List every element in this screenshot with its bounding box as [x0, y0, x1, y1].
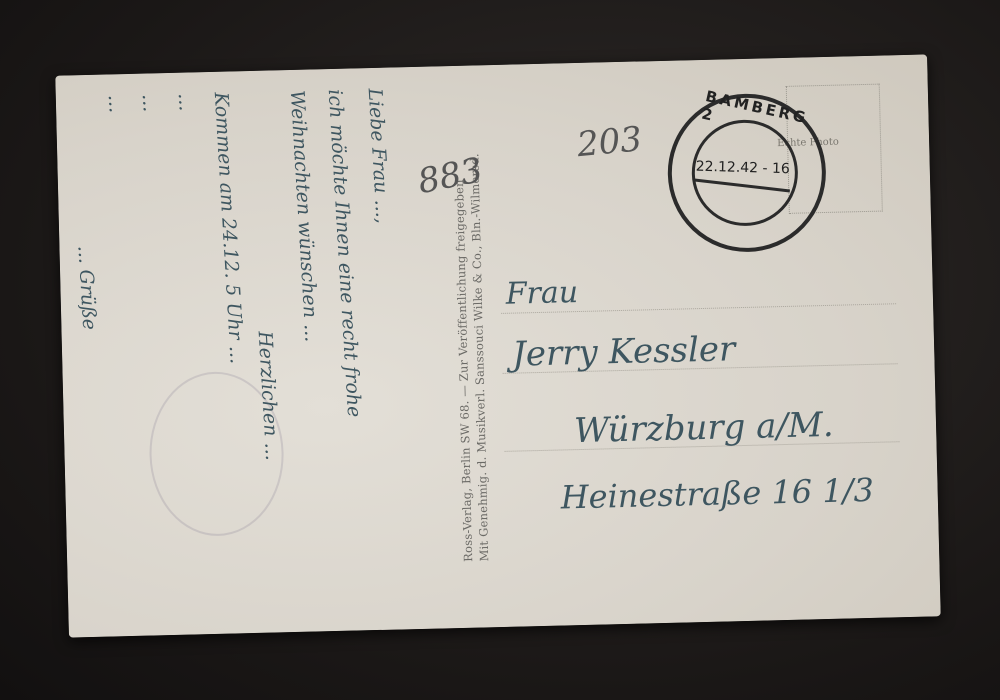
- message-line: Kommen am 24.12. 5 Uhr ...: [210, 91, 248, 364]
- message-line: ... Grüße: [73, 245, 100, 331]
- message-line: ...: [174, 92, 197, 111]
- address-city: Würzburg a/M.: [574, 405, 834, 451]
- pencil-number-b: 203: [575, 119, 643, 165]
- message-line: Herzlichen ...: [254, 330, 284, 461]
- postmark: BAMBERG 2 22.12.42 - 16: [666, 92, 828, 254]
- message-line: ich möchte Ihnen eine recht frohe: [324, 89, 365, 418]
- message-line: ...: [104, 94, 127, 113]
- address-name: Jerry Kessler: [512, 329, 736, 374]
- postmark-date: 22.12.42 - 16: [696, 159, 791, 178]
- address-street: Heinestraße 16 1/3: [560, 471, 874, 517]
- message-line: ...: [138, 93, 161, 112]
- postcard: Ross-Verlag, Berlin SW 68. — Zur Veröffe…: [55, 54, 940, 637]
- message-line: Liebe Frau ...,: [364, 88, 394, 224]
- message-area: Liebe Frau ..., ich möchte Ihnen eine re…: [76, 86, 449, 615]
- message-line: Weihnachten wünschen ...: [286, 90, 323, 343]
- address-salutation: Frau: [505, 275, 578, 312]
